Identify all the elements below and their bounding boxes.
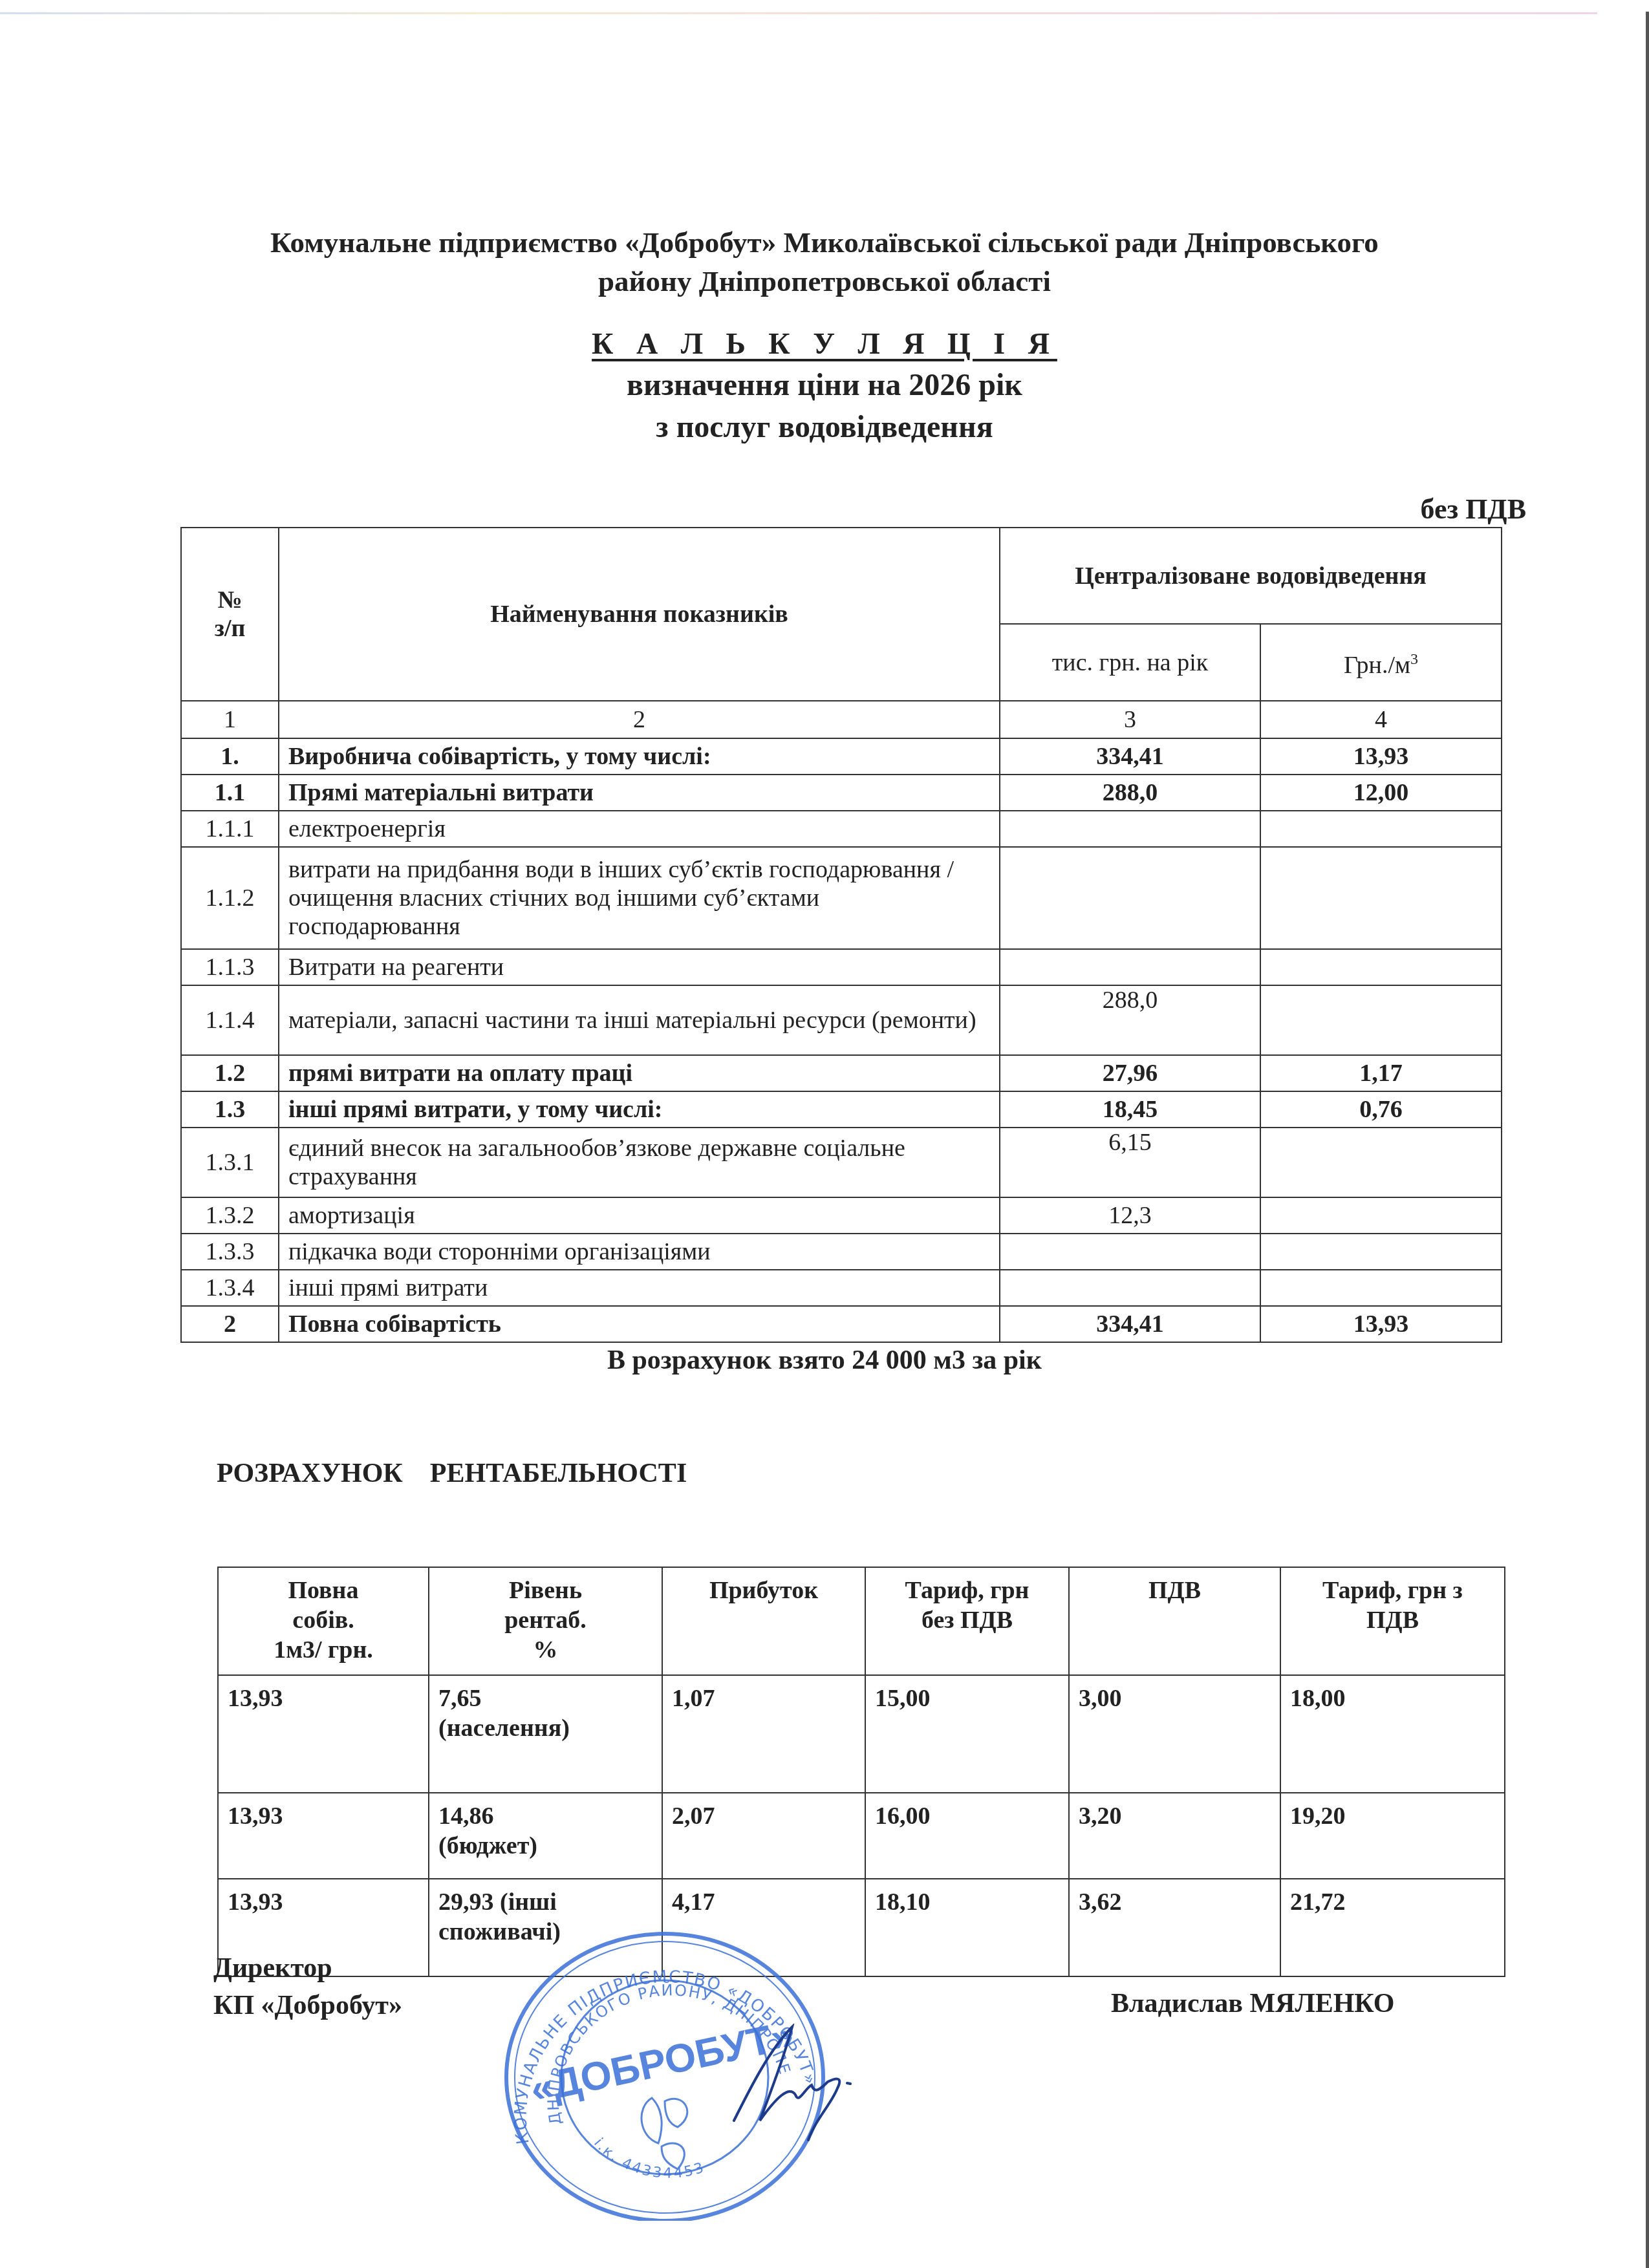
director-signature-icon xyxy=(731,2024,886,2146)
signatory-position: Директор КП «Добробут» xyxy=(213,1949,402,2024)
cell-tariff-vat: 21,72 xyxy=(1280,1879,1505,1976)
level-value: 7,65 xyxy=(438,1684,652,1713)
header-line: ПДВ xyxy=(1290,1605,1495,1635)
row-number: 1.3.3 xyxy=(181,1234,279,1270)
header-line: Тариф, грн з xyxy=(1290,1576,1495,1605)
row-number: 1.1.3 xyxy=(181,949,279,985)
document-subtitle-2: з послуг водовідведення xyxy=(0,409,1649,445)
profitability-header-row: Повнасобів.1м3/ грн.Рівеньрентаб.%Прибут… xyxy=(218,1567,1505,1675)
table-row: 1.3.4інші прямі витрати xyxy=(181,1270,1502,1306)
level-note: (населення) xyxy=(438,1713,652,1743)
column-number: 3 xyxy=(1000,701,1260,738)
row-name: матеріали, запасні частини та інші матер… xyxy=(279,985,1000,1055)
row-per-year: 6,15 xyxy=(1000,1128,1260,1197)
table-row: 1.1.1електроенергія xyxy=(181,811,1502,847)
organization-line-1: Комунальне підприємство «Добробут» Микол… xyxy=(0,223,1649,262)
row-per-year xyxy=(1000,811,1260,847)
stamp-code-text: і.к. 44334453 xyxy=(590,2135,707,2182)
row-per-m3 xyxy=(1260,1197,1502,1234)
row-name: електроенергія xyxy=(279,811,1000,847)
header-line: % xyxy=(438,1635,652,1665)
cell-cost: 13,93 xyxy=(218,1675,429,1793)
cell-vat: 3,00 xyxy=(1069,1675,1280,1793)
header-line: 1м3/ грн. xyxy=(228,1635,419,1665)
row-name: інші прямі витрати, у тому числі: xyxy=(279,1091,1000,1128)
row-per-m3: 13,93 xyxy=(1260,738,1502,775)
column-number: 1 xyxy=(181,701,279,738)
profitability-table: Повнасобів.1м3/ грн.Рівеньрентаб.%Прибут… xyxy=(217,1567,1505,1977)
row-number: 1.3.1 xyxy=(181,1128,279,1197)
table-row: 1.3.2амортизація12,3 xyxy=(181,1197,1502,1234)
row-name: Повна собівартість xyxy=(279,1306,1000,1342)
profitability-header-cell: Прибуток xyxy=(662,1567,865,1675)
row-per-year: 18,45 xyxy=(1000,1091,1260,1128)
signatory-title: Директор xyxy=(213,1949,402,1987)
row-per-year: 334,41 xyxy=(1000,738,1260,775)
level-note: (бюджет) xyxy=(438,1831,652,1861)
row-name: Виробнича собівартість, у тому числі: xyxy=(279,738,1000,775)
column-number-row: 1 2 3 4 xyxy=(181,701,1502,738)
row-per-year: 12,3 xyxy=(1000,1197,1260,1234)
cell-cost: 13,93 xyxy=(218,1793,429,1879)
signatory-company: КП «Добробут» xyxy=(213,1987,402,2024)
row-per-m3 xyxy=(1260,985,1502,1055)
row-number: 1.3.2 xyxy=(181,1197,279,1234)
profitability-header-cell: Тариф, грнбез ПДВ xyxy=(865,1567,1069,1675)
header-line: без ПДВ xyxy=(875,1605,1059,1635)
cell-level: 7,65(населення) xyxy=(429,1675,662,1793)
header-num: № з/п xyxy=(181,528,279,701)
row-per-m3 xyxy=(1260,1128,1502,1197)
table-row: 2Повна собівартість334,4113,93 xyxy=(181,1306,1502,1342)
profitability-header-cell: ПДВ xyxy=(1069,1567,1280,1675)
header-per-year: тис. грн. на рік xyxy=(1000,624,1260,701)
cell-level: 14,86(бюджет) xyxy=(429,1793,662,1879)
table-row: 1.1.4матеріали, запасні частини та інші … xyxy=(181,985,1502,1055)
cost-calculation-table: № з/п Найменування показників Централізо… xyxy=(180,527,1502,1343)
cell-tariff-no-vat: 16,00 xyxy=(865,1793,1069,1879)
row-per-m3 xyxy=(1260,949,1502,985)
profitability-row: 13,9329,93 (іншіспоживачі)4,1718,103,622… xyxy=(218,1879,1505,1976)
table-row: 1.1.3Витрати на реагенти xyxy=(181,949,1502,985)
header-line: Рівень xyxy=(438,1576,652,1605)
profitability-row: 13,937,65(населення)1,0715,003,0018,00 xyxy=(218,1675,1505,1793)
header-per-m3-sup: 3 xyxy=(1410,651,1418,668)
level-value: 14,86 xyxy=(438,1801,652,1831)
volume-note: В розрахунок взято 24 000 м3 за рік xyxy=(0,1345,1649,1376)
row-per-m3: 13,93 xyxy=(1260,1306,1502,1342)
cell-tariff-vat: 19,20 xyxy=(1280,1793,1505,1879)
header-line: собів. xyxy=(228,1605,419,1635)
row-name: Прямі матеріальні витрати xyxy=(279,775,1000,811)
row-per-m3: 0,76 xyxy=(1260,1091,1502,1128)
header-name: Найменування показників xyxy=(279,528,1000,701)
profitability-header-cell: Повнасобів.1м3/ грн. xyxy=(218,1567,429,1675)
cell-tariff-vat: 18,00 xyxy=(1280,1675,1505,1793)
table-row: 1.3.3підкачка води сторонніми організаці… xyxy=(181,1234,1502,1270)
row-per-year xyxy=(1000,1270,1260,1306)
header-line: Тариф, грн xyxy=(875,1576,1059,1605)
row-per-year xyxy=(1000,1234,1260,1270)
row-number: 1.2 xyxy=(181,1055,279,1091)
profitability-title: РОЗРАХУНОК РЕНТАБЕЛЬНОСТІ xyxy=(217,1458,687,1489)
header-num-line1: № xyxy=(191,586,269,614)
row-name: прямі витрати на оплату праці xyxy=(279,1055,1000,1091)
table-row: 1.Виробнича собівартість, у тому числі:3… xyxy=(181,738,1502,775)
table-row: 1.2прямі витрати на оплату праці27,961,1… xyxy=(181,1055,1502,1091)
document-subtitle-1: визначення ціни на 2026 рік xyxy=(0,367,1649,403)
row-name: інші прямі витрати xyxy=(279,1270,1000,1306)
row-number: 1.1.4 xyxy=(181,985,279,1055)
header-group: Централізоване водовідведення xyxy=(1000,528,1502,624)
header-per-m3-base: Грн./м xyxy=(1344,652,1410,679)
row-per-year: 334,41 xyxy=(1000,1306,1260,1342)
row-per-year: 288,0 xyxy=(1000,985,1260,1055)
signatory-name: Владислав МЯЛЕНКО xyxy=(1111,1988,1394,2019)
scan-artifact-line xyxy=(0,12,1597,14)
cell-tariff-no-vat: 18,10 xyxy=(865,1879,1069,1976)
row-number: 1.3 xyxy=(181,1091,279,1128)
cell-profit: 1,07 xyxy=(662,1675,865,1793)
row-number: 1.1 xyxy=(181,775,279,811)
row-per-year: 27,96 xyxy=(1000,1055,1260,1091)
header-line: рентаб. xyxy=(438,1605,652,1635)
header-line: ПДВ xyxy=(1079,1576,1271,1605)
row-per-m3: 12,00 xyxy=(1260,775,1502,811)
profitability-header-cell: Рівеньрентаб.% xyxy=(429,1567,662,1675)
header-line: Повна xyxy=(228,1576,419,1605)
row-name: єдиний внесок на загальнообов’язкове дер… xyxy=(279,1128,1000,1197)
row-number: 2 xyxy=(181,1306,279,1342)
header-per-m3: Грн./м3 xyxy=(1260,624,1502,701)
svg-text:і.к. 44334453: і.к. 44334453 xyxy=(590,2135,707,2182)
cell-profit: 2,07 xyxy=(662,1793,865,1879)
header-num-line2: з/п xyxy=(191,614,269,643)
row-number: 1.1.2 xyxy=(181,847,279,949)
row-number: 1. xyxy=(181,738,279,775)
profitability-header-cell: Тариф, грн зПДВ xyxy=(1280,1567,1505,1675)
row-per-year xyxy=(1000,949,1260,985)
cell-vat: 3,62 xyxy=(1069,1879,1280,1976)
cell-tariff-no-vat: 15,00 xyxy=(865,1675,1069,1793)
row-per-m3 xyxy=(1260,811,1502,847)
vat-note: без ПДВ xyxy=(1390,493,1526,526)
row-per-m3: 1,17 xyxy=(1260,1055,1502,1091)
row-per-year: 288,0 xyxy=(1000,775,1260,811)
table-header-row: № з/п Найменування показників Централізо… xyxy=(181,528,1502,624)
header-line: Прибуток xyxy=(672,1576,856,1605)
document-title: К А Л Ь К У Л Я Ц І Я xyxy=(0,326,1649,361)
column-number: 2 xyxy=(279,701,1000,738)
organization-name: Комунальне підприємство «Добробут» Микол… xyxy=(0,223,1649,301)
table-row: 1.3інші прямі витрати, у тому числі:18,4… xyxy=(181,1091,1502,1128)
level-value: 29,93 (інші xyxy=(438,1887,652,1917)
cell-vat: 3,20 xyxy=(1069,1793,1280,1879)
profitability-row: 13,9314,86(бюджет)2,0716,003,2019,20 xyxy=(218,1793,1505,1879)
row-number: 1.3.4 xyxy=(181,1270,279,1306)
row-number: 1.1.1 xyxy=(181,811,279,847)
row-name: витрати на придбання води в інших суб’єк… xyxy=(279,847,1000,949)
organization-line-2: району Дніпропетровської області xyxy=(0,262,1649,301)
row-per-year xyxy=(1000,847,1260,949)
table-row: 1.1.2витрати на придбання води в інших с… xyxy=(181,847,1502,949)
row-name: підкачка води сторонніми організаціями xyxy=(279,1234,1000,1270)
table-row: 1.1Прямі матеріальні витрати288,012,00 xyxy=(181,775,1502,811)
row-per-m3 xyxy=(1260,1234,1502,1270)
row-name: амортизація xyxy=(279,1197,1000,1234)
row-per-m3 xyxy=(1260,847,1502,949)
table-row: 1.3.1єдиний внесок на загальнообов’язков… xyxy=(181,1128,1502,1197)
column-number: 4 xyxy=(1260,701,1502,738)
row-name: Витрати на реагенти xyxy=(279,949,1000,985)
row-per-m3 xyxy=(1260,1270,1502,1306)
